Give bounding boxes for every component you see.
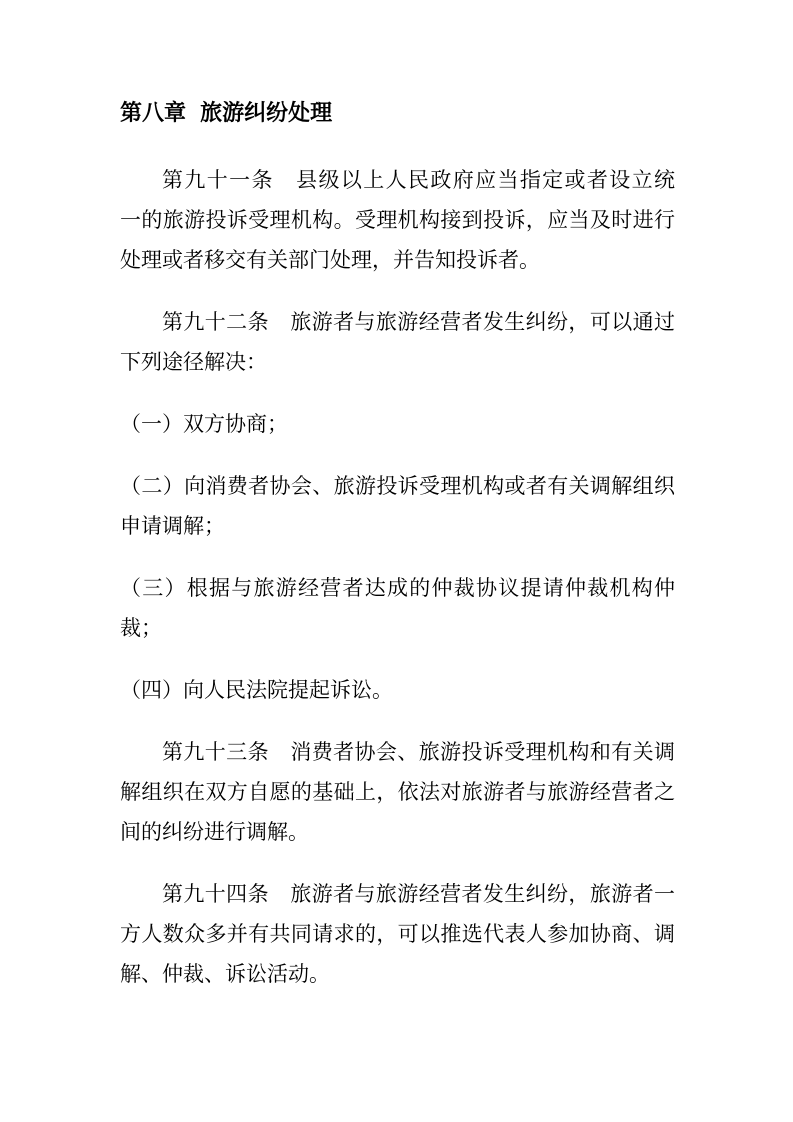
list-item-paragraph: （四）向人民法院提起诉讼。: [120, 670, 675, 710]
text-line: （四）向人民法院提起诉讼。: [120, 670, 675, 710]
article-paragraph: 第九十四条 旅游者与旅游经营者发生纠纷，旅游者一方人数众多并有共同请求的，可以推…: [120, 874, 675, 994]
text-line: 第九十四条 旅游者与旅游经营者发生纠纷，旅游者一: [120, 874, 675, 914]
document-page: 第八章 旅游纠纷处理 第九十一条 县级以上人民政府应当指定或者设立统一的旅游投诉…: [0, 0, 793, 1122]
article-paragraph: 第九十二条 旅游者与旅游经营者发生纠纷，可以通过下列途径解决：: [120, 302, 675, 382]
text-line: 解、仲裁、诉讼活动。: [120, 954, 675, 994]
text-line: （一）双方协商；: [120, 404, 675, 444]
list-item-paragraph: （二）向消费者协会、旅游投诉受理机构或者有关调解组织申请调解；: [120, 466, 675, 546]
text-line: 第九十三条 消费者协会、旅游投诉受理机构和有关调: [120, 732, 675, 772]
text-line: 处理或者移交有关部门处理，并告知投诉者。: [120, 240, 675, 280]
text-line: 下列途径解决：: [120, 342, 675, 382]
list-item-paragraph: （一）双方协商；: [120, 404, 675, 444]
text-line: 申请调解；: [120, 506, 675, 546]
text-line: 一的旅游投诉受理机构。受理机构接到投诉，应当及时进行: [120, 200, 675, 240]
chapter-heading: 第八章 旅游纠纷处理: [120, 93, 675, 133]
text-line: 第九十二条 旅游者与旅游经营者发生纠纷，可以通过: [120, 302, 675, 342]
list-item-paragraph: （三）根据与旅游经营者达成的仲裁协议提请仲裁机构仲裁；: [120, 568, 675, 648]
text-line: 间的纠纷进行调解。: [120, 812, 675, 852]
article-paragraph: 第九十一条 县级以上人民政府应当指定或者设立统一的旅游投诉受理机构。受理机构接到…: [120, 160, 675, 280]
text-line: 裁；: [120, 608, 675, 648]
text-line: 第九十一条 县级以上人民政府应当指定或者设立统: [120, 160, 675, 200]
document-body: 第九十一条 县级以上人民政府应当指定或者设立统一的旅游投诉受理机构。受理机构接到…: [120, 160, 675, 994]
text-line: 方人数众多并有共同请求的，可以推选代表人参加协商、调: [120, 914, 675, 954]
text-line: 解组织在双方自愿的基础上，依法对旅游者与旅游经营者之: [120, 772, 675, 812]
text-line: （三）根据与旅游经营者达成的仲裁协议提请仲裁机构仲: [120, 568, 675, 608]
article-paragraph: 第九十三条 消费者协会、旅游投诉受理机构和有关调解组织在双方自愿的基础上，依法对…: [120, 732, 675, 852]
text-line: （二）向消费者协会、旅游投诉受理机构或者有关调解组织: [120, 466, 675, 506]
